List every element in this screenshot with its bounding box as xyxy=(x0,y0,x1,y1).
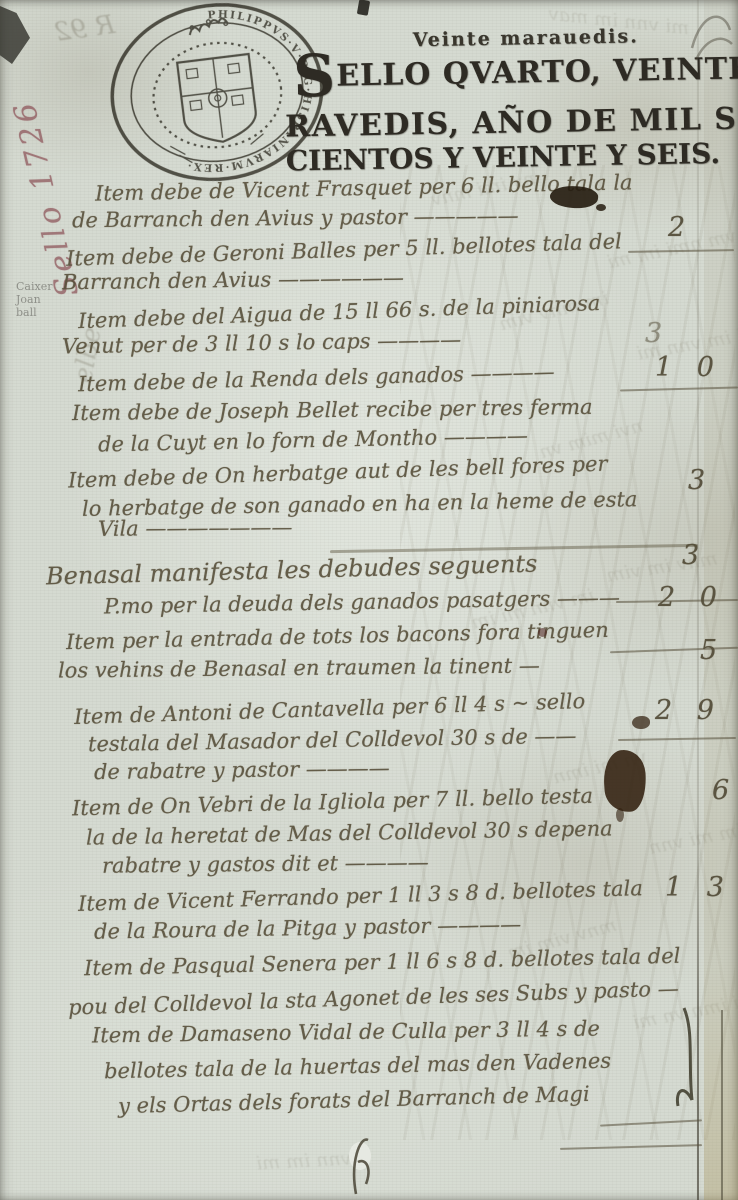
pencil-line: Caixer xyxy=(16,280,52,293)
amount-figure: 6 xyxy=(712,775,729,806)
manuscript-line: Item de Vicent Ferrando per 1 ll 3 s 8 d… xyxy=(78,876,643,916)
bleedthrough-text: vnn im mi xyxy=(255,1148,352,1175)
manuscript-line: Item per la entrada de tots los bacons f… xyxy=(66,618,609,654)
ink-blot xyxy=(538,628,547,637)
title-line-1-rest: ELLO QVARTO, VEINTE M xyxy=(336,51,738,94)
amount-figure: 2 9 xyxy=(655,695,714,726)
manuscript-line: Benasal manifesta les debudes seguents xyxy=(46,550,538,591)
ledger-rule xyxy=(560,1144,702,1150)
manuscript-line: y els Ortas dels forats del Barranch de … xyxy=(118,1082,590,1118)
title-line-3: CIENTOS Y VEINTE Y SEIS. xyxy=(286,137,721,178)
flourish-stroke xyxy=(672,1002,726,1126)
manuscript-line: bellotes tala de la huertas del mas den … xyxy=(104,1049,612,1084)
pencil-line: ball xyxy=(16,306,52,319)
manuscript-line: de Barranch den Avius y pastor ————— xyxy=(72,204,519,233)
amount-figure: 3 xyxy=(688,465,705,496)
manuscript-line: Item debe de Joseph Bellet recibe per tr… xyxy=(72,395,593,425)
manuscript-line: Barranch den Avius —————— xyxy=(62,266,404,295)
amount-figure: 5 xyxy=(700,635,717,666)
ink-blot xyxy=(596,204,606,211)
manuscript-line: Venut per de 3 ll 10 s lo caps ———— xyxy=(62,328,462,359)
manuscript-line: la de la heretat de Mas del Colldevol 30… xyxy=(86,816,613,849)
manuscript-line: rabatre y gastos dit et ———— xyxy=(102,850,429,877)
bottom-ink-mark xyxy=(342,1128,386,1200)
top-edge-ink-mark xyxy=(357,0,370,16)
torn-corner xyxy=(0,6,30,64)
manuscript-line: Item debe de On herbatge aut de les bell… xyxy=(68,452,608,493)
pencil-line: Joan xyxy=(16,293,52,306)
corner-flourish xyxy=(686,4,736,64)
ink-blot xyxy=(616,808,624,822)
manuscript-line: de la Cuyt en lo forn de Montho ———— xyxy=(98,424,528,457)
manuscript-line: Item de Damaseno Vidal de Culla per 3 ll… xyxy=(92,1016,600,1047)
margin-note-pencil: Caixer Joan ball xyxy=(16,280,52,319)
manuscript-line: pou del Colldevol la sta Agonet de les s… xyxy=(68,976,679,1019)
manuscript-line: Item de Pasqual Senera per 1 ll 6 s 8 d.… xyxy=(84,944,681,980)
ink-blot xyxy=(632,716,650,729)
manuscript-line: Item debe de la Renda dels ganados ———— xyxy=(78,360,555,396)
title-line-1: SELLO QVARTO, VEINTE M xyxy=(293,51,738,95)
drop-cap-s: S xyxy=(293,42,337,111)
manuscript-line: Item debe de Geroni Balles per 5 ll. bel… xyxy=(66,229,622,270)
manuscript-line: los vehins de Benasal en traumen la tine… xyxy=(58,653,540,682)
tax-denomination-line: Veinte marauedis. xyxy=(413,25,639,51)
amount-figure: 2 0 xyxy=(658,582,717,613)
manuscript-line: Item de On Vebri de la Igliola per 7 ll.… xyxy=(72,784,593,821)
manuscript-line: testala del Masador del Colldevol 30 s d… xyxy=(88,724,577,757)
amount-figure: 1 3 xyxy=(665,872,724,903)
amount-figure: 2 xyxy=(668,212,685,243)
amount-figure: 3 xyxy=(645,318,662,349)
manuscript-line: Vila ——————— xyxy=(98,515,293,541)
manuscript-line: de rabatre y pastor ———— xyxy=(94,756,390,784)
manuscript-line: Item de Antoni de Cantavella per 6 ll 4 … xyxy=(74,689,586,729)
manuscript-line: de la Roura de la Pitga y pastor ———— xyxy=(94,912,521,943)
manuscript-page: R 92 mi vnn im mav nv imi mnv vm nmi im … xyxy=(0,0,738,1200)
bleedthrough-text: mnv im vim xyxy=(605,547,719,586)
amount-figure: 1 0 xyxy=(655,352,714,383)
